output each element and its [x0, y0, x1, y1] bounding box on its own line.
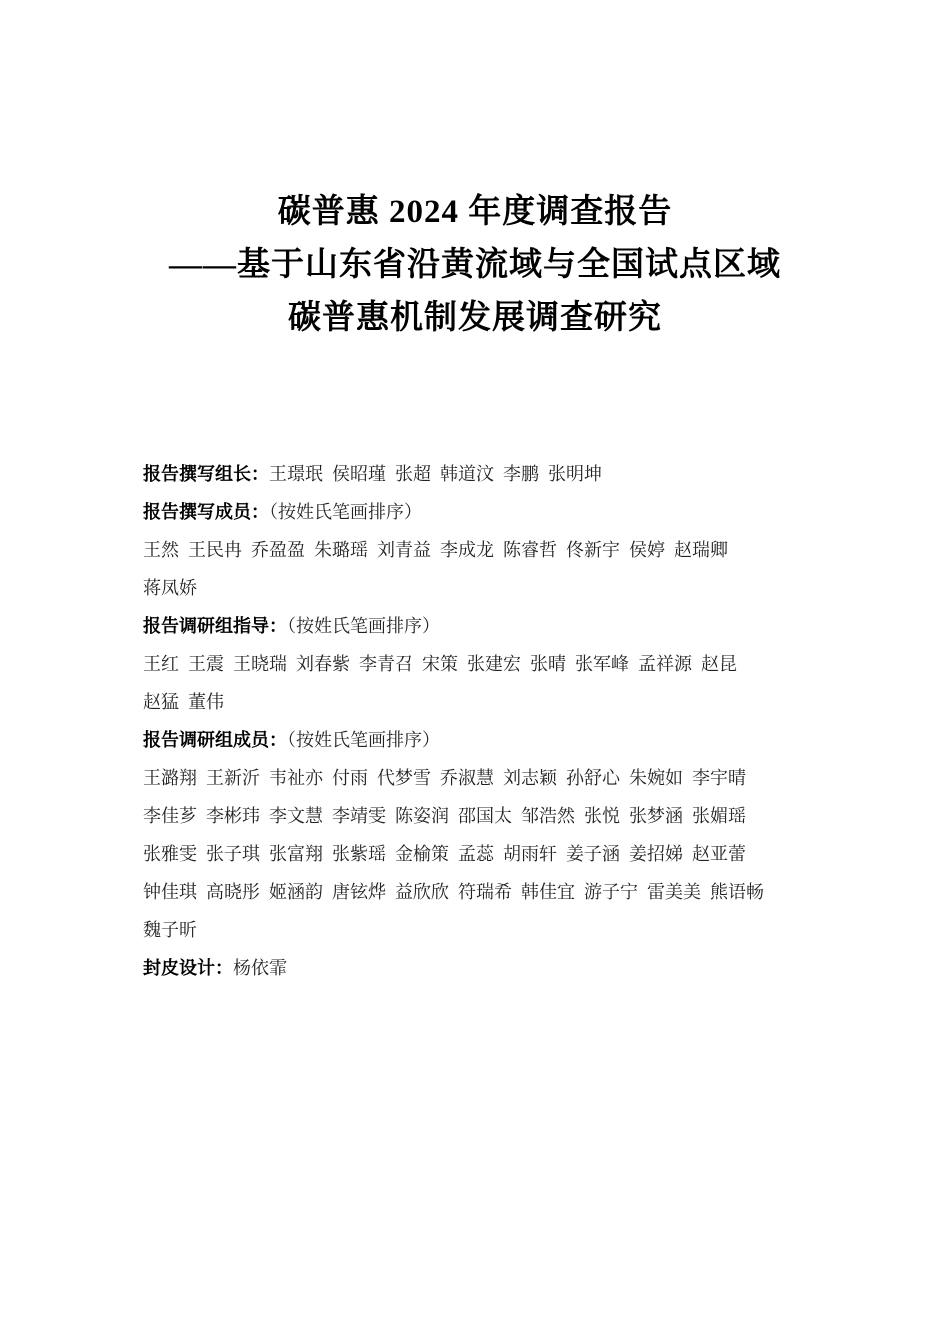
- report-title-line-2: ——基于山东省沿黄流域与全国试点区域: [0, 239, 950, 292]
- report-title-line-1: 碳普惠 2024 年度调查报告: [0, 186, 950, 239]
- writing-members-label: 报告撰写成员：: [143, 502, 269, 522]
- writing-members-names-line-1: 王然 王民冉 乔盈盈 朱璐瑶 刘青益 李成龙 陈睿哲 佟新宇 侯婷 赵瑞卿: [143, 531, 823, 569]
- research-advisors-names-line-2: 赵猛 董伟: [143, 683, 823, 721]
- cover-design-label: 封皮设计：: [143, 958, 233, 978]
- writing-members-note: （按姓氏笔画排序）: [269, 502, 422, 522]
- writing-members-heading: 报告撰写成员：（按姓氏笔画排序）: [143, 493, 823, 531]
- research-members-names-line-3: 张雅雯 张子琪 张富翔 张紫瑶 金榆策 孟蕊 胡雨轩 姜子涵 姜招娣 赵亚蕾: [143, 835, 823, 873]
- research-advisors-note: （按姓氏笔画排序）: [287, 616, 440, 636]
- research-members-names-line-2: 李佳芗 李彬玮 李文慧 李靖雯 陈姿润 邵国太 邹浩然 张悦 张梦涵 张媚瑶: [143, 797, 823, 835]
- research-members-heading: 报告调研组成员：（按姓氏笔画排序）: [143, 721, 823, 759]
- cover-design-line: 封皮设计：杨依霏: [143, 949, 823, 987]
- research-members-note: （按姓氏笔画排序）: [287, 730, 440, 750]
- document-page: 碳普惠 2024 年度调查报告 ——基于山东省沿黄流域与全国试点区域 碳普惠机制…: [0, 0, 950, 1344]
- research-advisors-heading: 报告调研组指导：（按姓氏笔画排序）: [143, 607, 823, 645]
- research-members-names-line-5: 魏子昕: [143, 911, 823, 949]
- research-members-names-line-4: 钟佳琪 高晓彤 姬涵韵 唐铉烨 益欣欣 符瑞希 韩佳宜 游子宁 雷美美 熊语畅: [143, 873, 823, 911]
- credits-section: 报告撰写组长：王璟珉 侯昭瑾 张超 韩道汶 李鹏 张明坤 报告撰写成员：（按姓氏…: [143, 455, 823, 987]
- writing-members-names-line-2: 蒋凤娇: [143, 569, 823, 607]
- writing-lead-label: 报告撰写组长：: [143, 464, 269, 484]
- research-advisors-label: 报告调研组指导：: [143, 616, 287, 636]
- report-title-line-3: 碳普惠机制发展调查研究: [0, 292, 950, 345]
- research-advisors-names-line-1: 王红 王震 王晓瑞 刘春紫 李青召 宋策 张建宏 张晴 张军峰 孟祥源 赵昆: [143, 645, 823, 683]
- research-members-label: 报告调研组成员：: [143, 730, 287, 750]
- cover-design-names: 杨依霏: [233, 958, 287, 978]
- research-members-names-line-1: 王潞翔 王新沂 韦祉亦 付雨 代梦雪 乔淑慧 刘志颖 孙舒心 朱婉如 李宇晴: [143, 759, 823, 797]
- writing-lead-names: 王璟珉 侯昭瑾 张超 韩道汶 李鹏 张明坤: [269, 464, 602, 484]
- writing-lead-line: 报告撰写组长：王璟珉 侯昭瑾 张超 韩道汶 李鹏 张明坤: [143, 455, 823, 493]
- report-title-block: 碳普惠 2024 年度调查报告 ——基于山东省沿黄流域与全国试点区域 碳普惠机制…: [0, 186, 950, 345]
